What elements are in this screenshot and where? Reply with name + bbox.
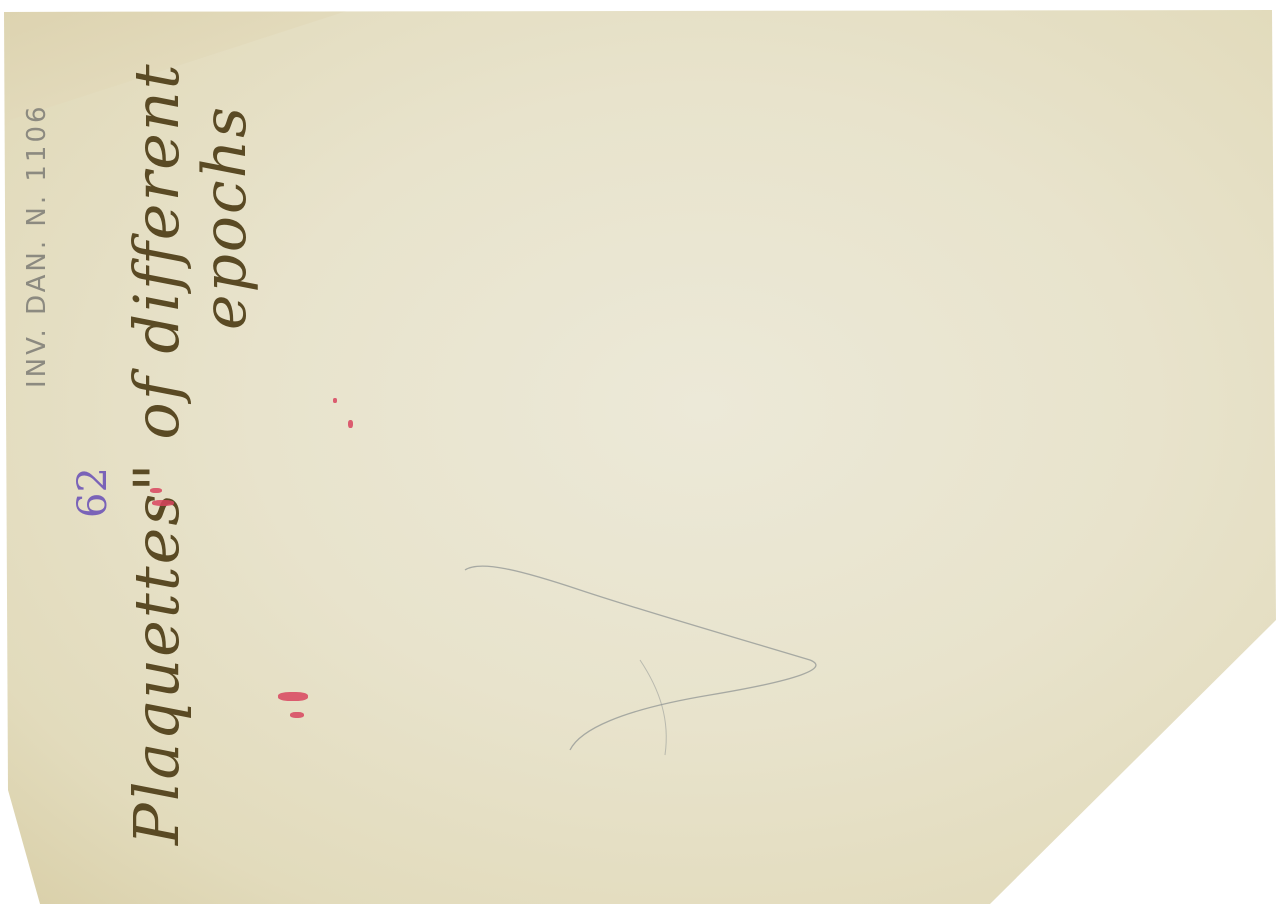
red-mark	[152, 500, 174, 506]
red-mark	[150, 488, 162, 493]
red-mark	[348, 420, 353, 428]
paper-sheet: Plaquettes" of different epochs INV. DAN…	[0, 0, 1280, 904]
pencil-inventory-note: INV. DAN. N. 1106	[22, 103, 52, 388]
red-mark	[278, 692, 308, 701]
handwritten-title-line2: epochs	[190, 105, 260, 330]
red-mark	[290, 712, 304, 718]
handwritten-title-line1: Plaquettes" of different	[120, 62, 193, 845]
red-mark	[333, 398, 337, 403]
stamp-number: 62	[70, 467, 116, 518]
pencil-scribble	[460, 560, 840, 760]
